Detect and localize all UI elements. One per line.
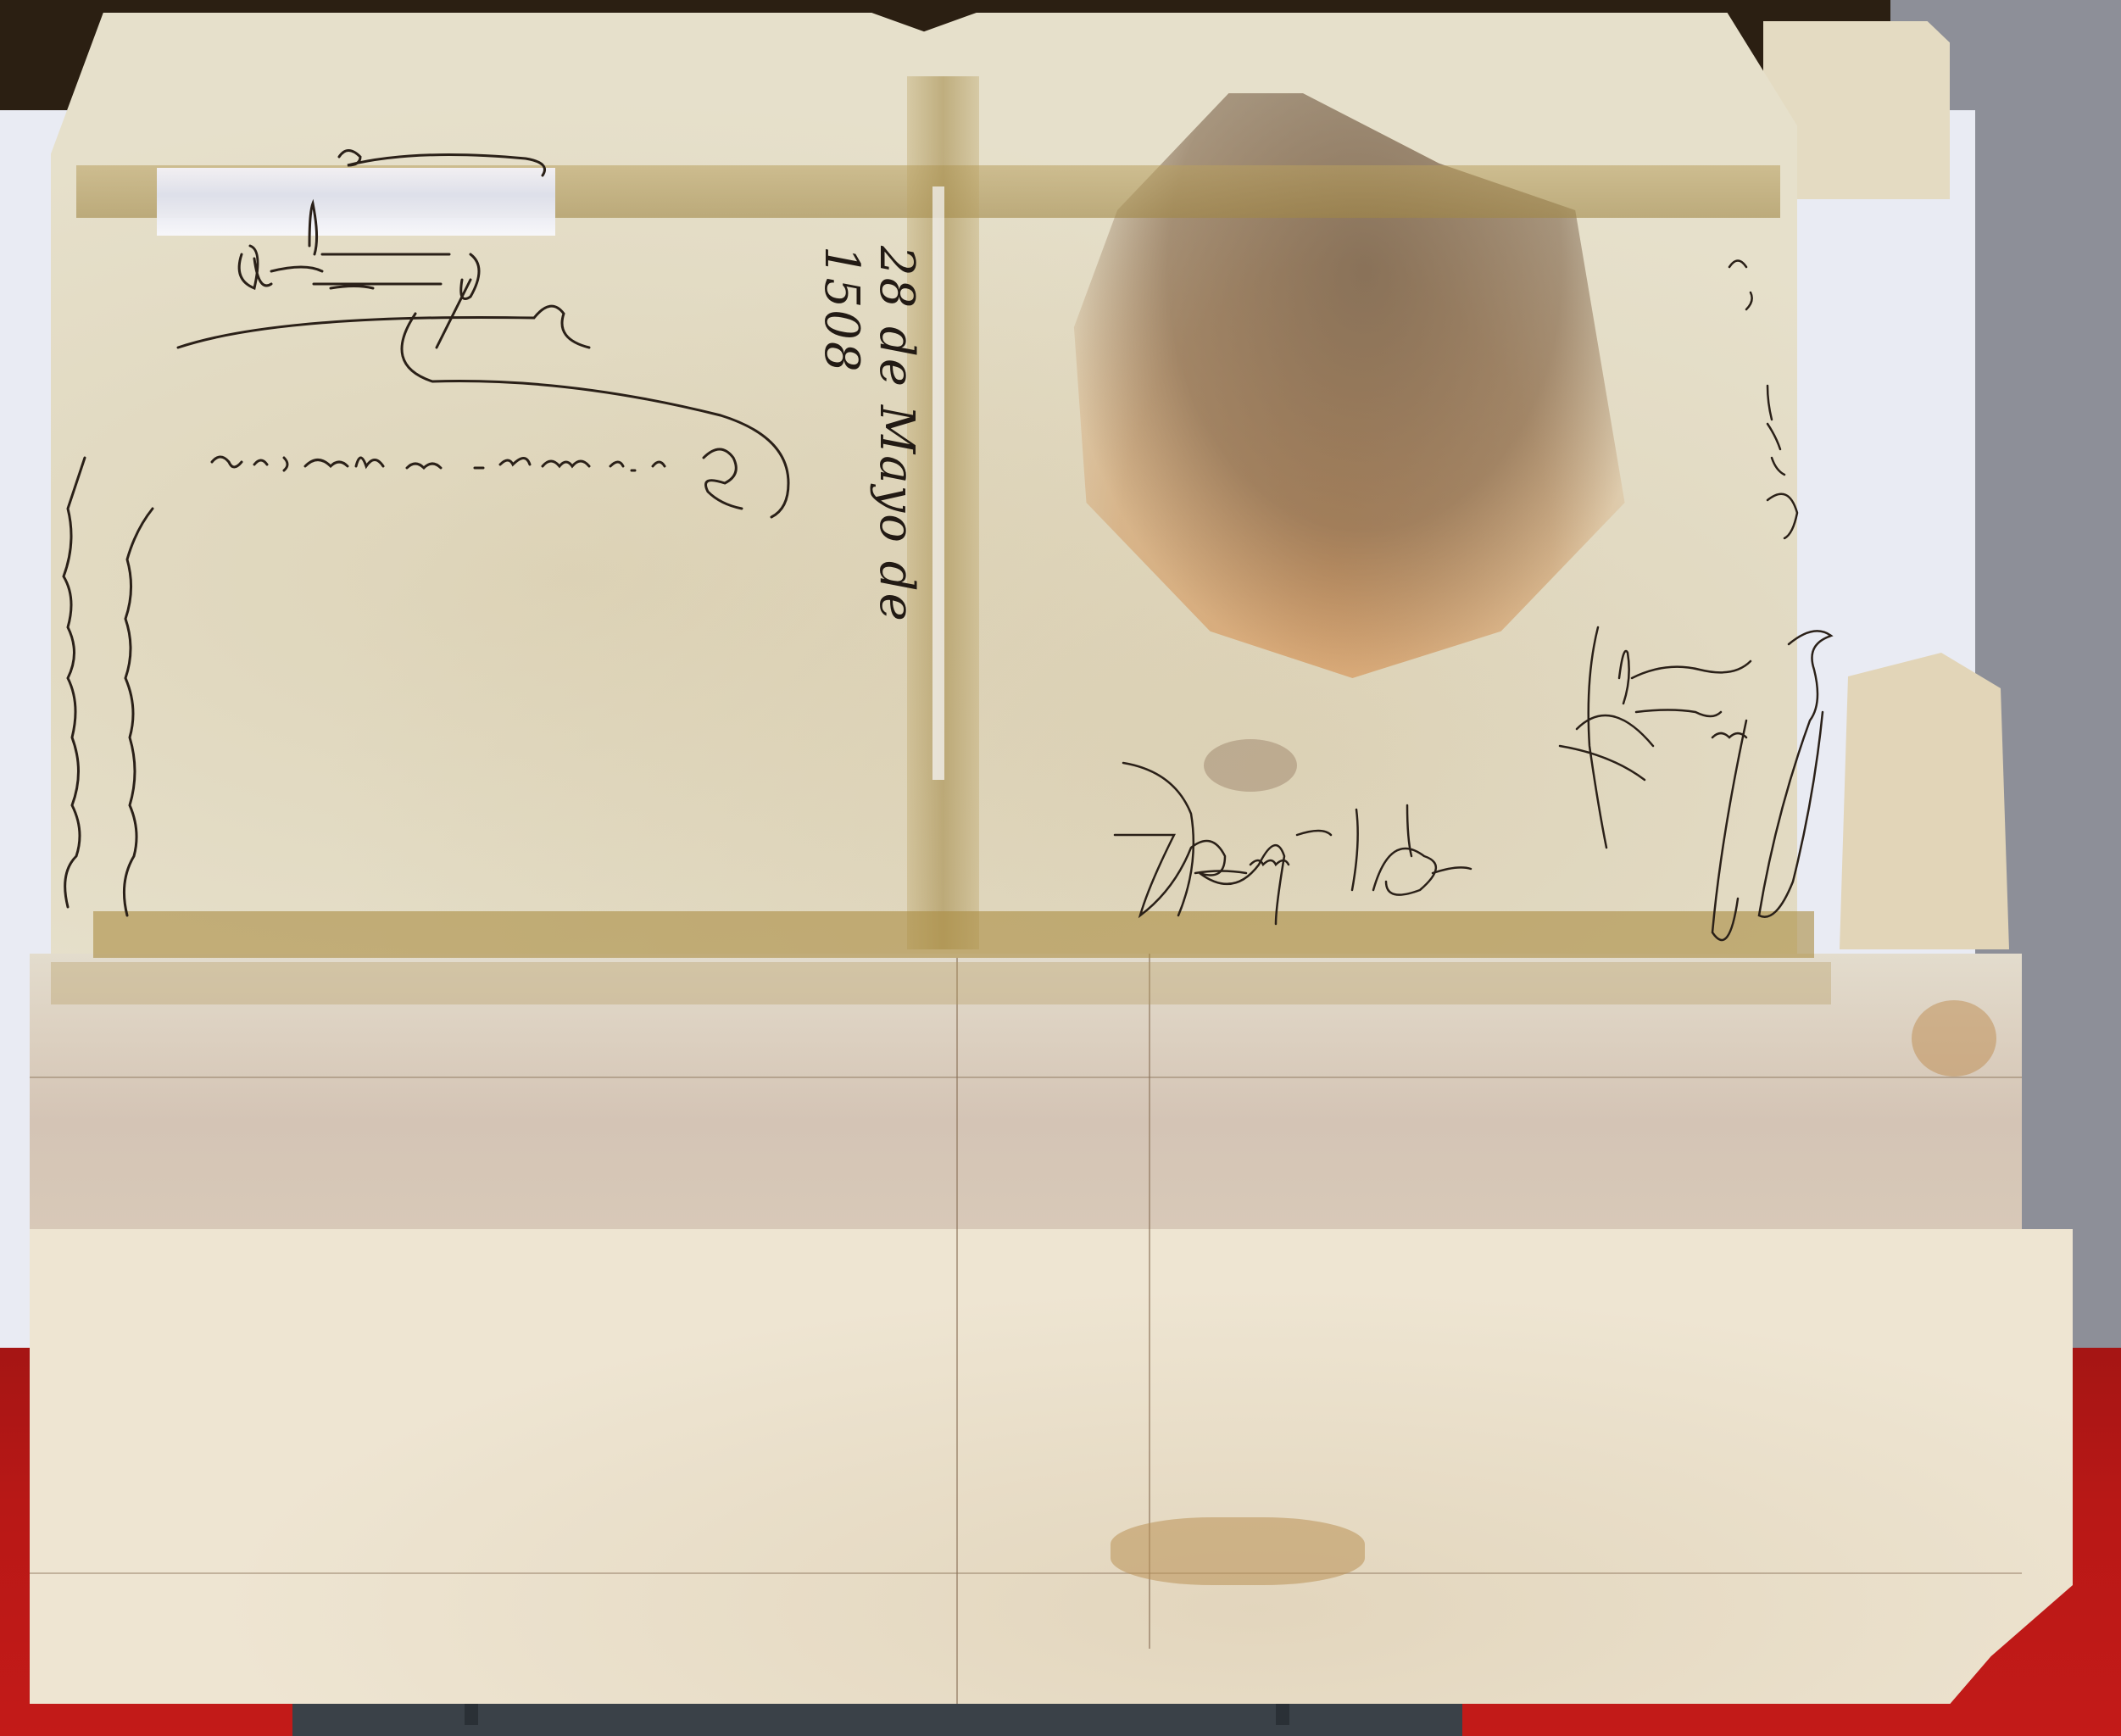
- right-edge-note: [1729, 261, 1797, 539]
- photo-scene: 28 de Mayo de 1508: [0, 0, 2121, 1736]
- handwriting-strokes: [0, 0, 2121, 1736]
- top-left-signature: [178, 151, 788, 518]
- bottom-signatures: [1115, 627, 1831, 940]
- left-margin-line: [212, 449, 742, 509]
- left-vertical-note: [64, 458, 153, 915]
